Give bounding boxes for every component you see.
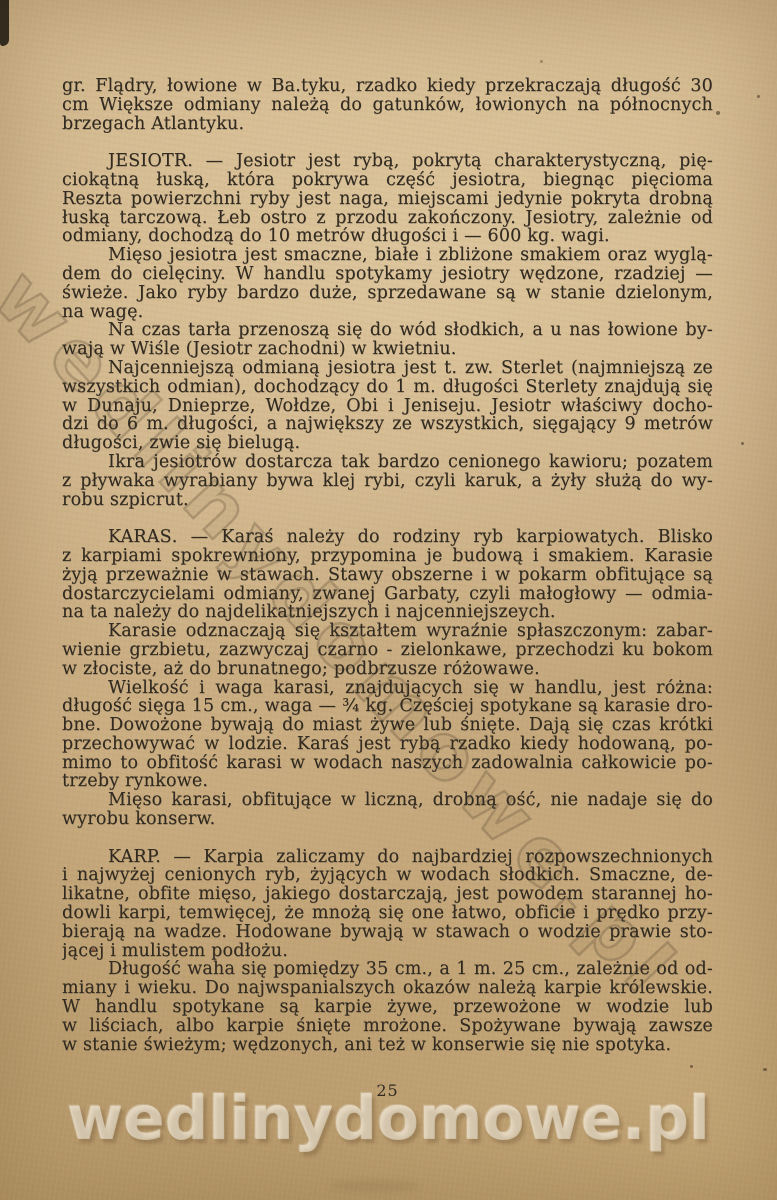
text-line: na ta należy do najdelikatniejszych i na… xyxy=(62,603,713,622)
text-line: Ikra jesiotrów dostarcza tak bardzo ceni… xyxy=(62,453,713,472)
text-line: i najwyżej cenionych ryb, żyjących w wod… xyxy=(62,866,713,885)
text-line: gr. Flądry, łowione w Ba.tyku, rzadko ki… xyxy=(62,77,713,96)
text-line: dzi do 6 m. długości, a największy ze ws… xyxy=(62,415,713,434)
scan-edge-artifact xyxy=(0,0,9,46)
text-line: Reszta powierzchni ryby jest naga, miejs… xyxy=(62,190,713,209)
paragraph: Ikra jesiotrów dostarcza tak bardzo ceni… xyxy=(62,453,713,509)
text-line: robu szpicrut. xyxy=(62,491,713,510)
paper-stain xyxy=(330,1180,420,1192)
paper-speck xyxy=(763,1068,767,1071)
text-line: dem do cielęciny. W handlu spotykamy jes… xyxy=(62,265,713,284)
text-line: KARP. — Karpia zaliczamy do najbardziej … xyxy=(62,848,713,867)
paper-speck xyxy=(741,442,744,445)
text-line: w Dunaju, Dnieprze, Wołdze, Obi i Jenise… xyxy=(62,397,713,416)
paper-speck xyxy=(92,948,95,952)
text-line: Długość waha się pomiędzy 35 cm., a 1 m.… xyxy=(62,960,713,979)
text-line: długości, zwie się bielugą. xyxy=(62,434,713,453)
paper-speck xyxy=(716,111,720,115)
text-line: mimo to obfitość karasi w wodach naszych… xyxy=(62,754,713,773)
book-page: wedlinydomowe.pl gr. Flądry, łowione w B… xyxy=(0,0,777,1200)
text-line: miany i wieku. Do najwspanialszych okazó… xyxy=(62,979,713,998)
text-line: brzegach Atlantyku. xyxy=(62,115,713,134)
text-line: bne. Dowożone bywają do miast żywe lub ś… xyxy=(62,716,713,735)
paragraph: Mięso karasi, obfitujące w liczną, drobn… xyxy=(62,791,713,829)
paragraph: Wielkość i waga karasi, znajdujących się… xyxy=(62,679,713,792)
text-line: w liściach, albo karpie śnięte mrożone. … xyxy=(62,1017,713,1036)
paragraph: KARP. — Karpia zaliczamy do najbardziej … xyxy=(62,848,713,961)
paragraph: JESIOTR. — Jesiotr jest rybą, pokrytą ch… xyxy=(62,152,713,246)
paragraph: Mięso jesiotra jest smaczne, białe i zbl… xyxy=(62,246,713,321)
text-line: Na czas tarła przenoszą się do wód słodk… xyxy=(62,321,713,340)
paper-speck xyxy=(690,1065,693,1068)
page-text-block: gr. Flądry, łowione w Ba.tyku, rzadko ki… xyxy=(62,77,713,1054)
text-line: bierają na wadze. Hodowane bywają w staw… xyxy=(62,923,713,942)
text-line: przechowywać w lodzie. Karaś jest rybą r… xyxy=(62,735,713,754)
text-line: długość sięga 15 cm., waga — ¾ kg. Częśc… xyxy=(62,697,713,716)
text-line: wyrobu konserw. xyxy=(62,810,713,829)
paragraph: gr. Flądry, łowione w Ba.tyku, rzadko ki… xyxy=(62,77,713,133)
text-line: KARAŚ. — Karaś należy do rodziny ryb kar… xyxy=(62,528,713,547)
text-line: w stanie świeżym; wędzonych, ani też w k… xyxy=(62,1036,713,1055)
text-line: dostarczycielami odmiany, zwanej Garbaty… xyxy=(62,585,713,604)
text-line: jącej i mulistem podłożu. xyxy=(62,942,713,961)
text-line: dowli karpi, temwięcej, że mnożą się one… xyxy=(62,904,713,923)
text-line: wszystkich odmian), dochodzący do 1 m. d… xyxy=(62,378,713,397)
text-line: Wielkość i waga karasi, znajdujących się… xyxy=(62,679,713,698)
text-line: trzeby rynkowe. xyxy=(62,772,713,791)
text-line: W handlu spotykane są karpie żywe, przew… xyxy=(62,998,713,1017)
text-line: Mięso karasi, obfitujące w liczną, drobn… xyxy=(62,791,713,810)
page-number: 25 xyxy=(62,1081,713,1100)
text-line: odmiany, dochodzą do 10 metrów długości … xyxy=(62,227,713,246)
text-line: Najcenniejszą odmianą jesiotra jest t. z… xyxy=(62,359,713,378)
paragraph: Na czas tarła przenoszą się do wód słodk… xyxy=(62,321,713,359)
text-line: ciokątną łuską, która pokrywa część jesi… xyxy=(62,171,713,190)
text-line: Mięso jesiotra jest smaczne, białe i zbl… xyxy=(62,246,713,265)
text-line: z karpiami spokrewniony, przypomina je b… xyxy=(62,547,713,566)
text-line: wają w Wiśle (Jesiotr zachodni) w kwietn… xyxy=(62,340,713,359)
paragraph: KARAŚ. — Karaś należy do rodziny ryb kar… xyxy=(62,528,713,622)
text-line: z pływaka wyrabiany bywa klej rybi, czyl… xyxy=(62,472,713,491)
paper-speck xyxy=(540,60,543,63)
text-line: likatne, obfite mięso, jakiego dostarcza… xyxy=(62,885,713,904)
text-line: w złociste, aż do brunatnego; podbrzusze… xyxy=(62,660,713,679)
paper-speck xyxy=(757,95,760,98)
paragraph: Długość waha się pomiędzy 35 cm., a 1 m.… xyxy=(62,960,713,1054)
text-line: na wagę. xyxy=(62,303,713,322)
text-line: JESIOTR. — Jesiotr jest rybą, pokrytą ch… xyxy=(62,152,713,171)
text-line: Karasie odznaczają się kształtem wyraźni… xyxy=(62,622,713,641)
text-line: cm Większe odmiany należą do gatunków, ł… xyxy=(62,96,713,115)
text-line: łuską tarczową. Łeb ostro z przodu zakoń… xyxy=(62,209,713,228)
text-line: wienie grzbietu, zazwyczaj czarno - ziel… xyxy=(62,641,713,660)
paragraph: Najcenniejszą odmianą jesiotra jest t. z… xyxy=(62,359,713,453)
text-line: żyją przeważnie w stawach. Stawy obszern… xyxy=(62,566,713,585)
paragraph: Karasie odznaczają się kształtem wyraźni… xyxy=(62,622,713,678)
text-line: świeże. Jako ryby bardzo duże, sprzedawa… xyxy=(62,284,713,303)
